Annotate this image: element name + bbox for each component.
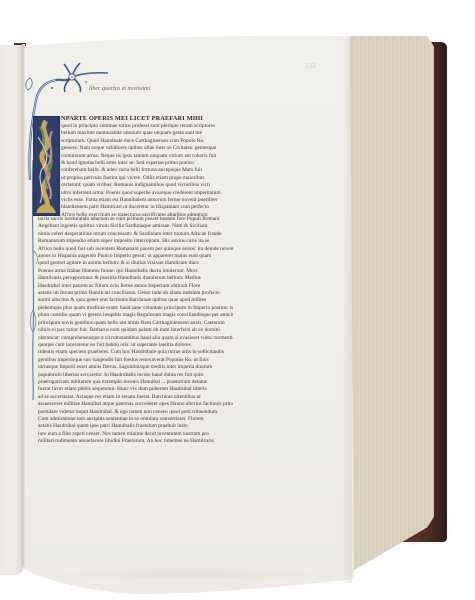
text-column-lower: tactis sacris iureiurando adactum se cum… <box>38 216 233 446</box>
text-line: blandientem patri Hamilcari ut duceretur… <box>61 204 233 211</box>
text-line: gentibus imperioque suo iungendis fuit f… <box>38 357 233 364</box>
text-line: Hasdrubal inter patrem ac filium octo fe… <box>38 283 233 290</box>
page-bottom-shadow <box>24 570 354 580</box>
text-line: conferebant bello. & adeo varia belli fo… <box>61 167 233 174</box>
text-column-upper: NPARTE OPERIS MEI LICET PRAEFARI MIHI qu… <box>61 115 233 219</box>
text-line: utriusque Imperii esset amnis Iberus. Sa… <box>38 364 233 371</box>
text-line: animi adscitus & quia gener erat faction… <box>38 297 233 304</box>
incipit-heading: NPARTE OPERIS MEI LICET PRAEFARI MIHI <box>61 115 233 123</box>
text-line: victis esse. Fama etiam est Hannibalem a… <box>61 197 233 204</box>
text-line: ad se accersierat. Actaque res etiam in … <box>38 394 233 401</box>
text-line: postulare videtur inquit Hasdrubal. & eg… <box>38 409 233 416</box>
handwritten-annotation: liber quartus et novissimi <box>89 86 150 92</box>
text-line: obtruncat: comprehensusque a circumstant… <box>38 335 233 342</box>
text-line: quod in principio summae totius professi… <box>61 123 233 130</box>
fore-edge-page-block <box>348 36 434 576</box>
text-line: plura consilio quam vi gerens hospitiis … <box>38 312 233 319</box>
text-line: & haud ignotas belli artes inter se: Sed… <box>61 160 233 167</box>
text-line: ultro inferrent arma: Poenis quod superb… <box>61 190 233 197</box>
text-line: Angebant ingentis spiritus virum Sicilia… <box>38 223 233 230</box>
text-line: quoque cum laceraretur eo fuit habitu or… <box>38 342 233 349</box>
illuminated-initial-letter <box>33 116 60 216</box>
text-line: nihilo ei pax tutior fuit. Barbarus eum … <box>38 327 233 334</box>
text-line: ut propius periculo fuerint qui vicere. … <box>61 175 233 182</box>
text-line: iure eum a filio repeti censet. Nos tame… <box>38 431 233 438</box>
left-page-verso <box>0 45 24 575</box>
book-photograph: 132 liber quartus et novissimi NPARTE OP… <box>0 0 475 600</box>
text-line: contulerunt arma: Neque iis ipsis tantum… <box>61 153 233 160</box>
text-line: plebemque plus quam modicae erant: haud … <box>38 305 233 312</box>
text-line: aetatis uti ferunt primo Hamilcari conci… <box>38 290 233 297</box>
text-line: gessere. Nam neque validiores opibus ull… <box>61 145 233 152</box>
page-edge-shadow <box>342 38 352 583</box>
text-line: Hamilcaris peropportuna: & pueritia Hann… <box>38 275 233 282</box>
text-line: nimis celeri desperatione rerum concessa… <box>38 231 233 238</box>
text-line: quod gereret agitare in animo bellum: & … <box>38 260 233 267</box>
folio-number: 132 <box>305 62 316 70</box>
text-line: principum novis gentibus quam bello aut … <box>38 320 233 327</box>
text-line: annos in Hispania augendo Punico Imperio… <box>38 253 233 260</box>
initial-interlace-ornament-icon <box>34 117 59 215</box>
text-line: ridentis etiam speciem praeberet. Cum ho… <box>38 349 233 356</box>
text-line: bellum maxime memorabile omnium quae unq… <box>61 130 233 137</box>
text-line: aetatis Hasdrubal quem ipse patri Hannib… <box>38 423 233 430</box>
text-line: populorum libertas servaretur. In Hasdru… <box>38 372 233 379</box>
text-line: tactis sacris iureiurando adactum se cum… <box>38 216 233 223</box>
text-line: Poenos arma Italiae illaturos fuisse: qu… <box>38 268 233 275</box>
text-line: Cum admiratione tam ancipitis sententiae… <box>38 416 233 423</box>
text-line: Africo bello quod fuit sub recentem Roma… <box>38 246 233 253</box>
text-line: certarunt: quam viribus: Romanis indigna… <box>61 182 233 189</box>
text-line: fuerat favor etiam plebis sequeretur. Hu… <box>38 386 233 393</box>
text-line: militari rudimento assuefacere libidini … <box>38 438 233 445</box>
text-line: Romanorum stipendio etiam super imposito… <box>38 238 233 245</box>
text-line: scripturum. Quod Hannibale duce Carthagi… <box>61 138 233 145</box>
text-line: assuesceret militiae Hannibal atque pate… <box>38 401 233 408</box>
text-line: praerogativam militarem qua extemplo iuv… <box>38 379 233 386</box>
